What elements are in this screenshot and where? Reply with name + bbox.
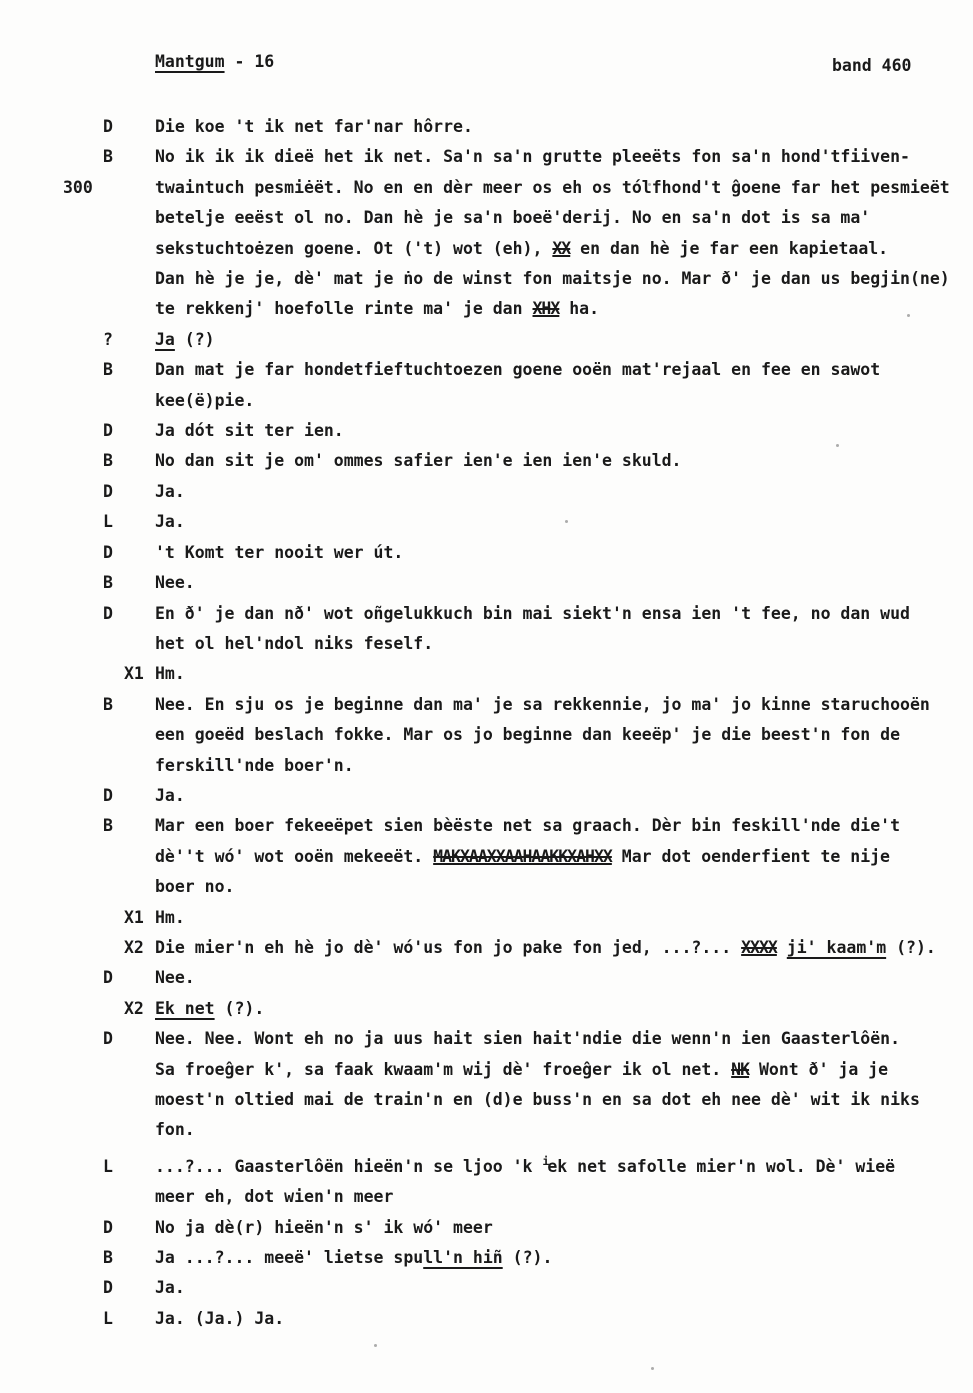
- line-text: Ja. (Ja.) Ja.: [155, 1304, 973, 1334]
- text-segment: ...?... Gaasterlôën hieën'n se ljoo 'k: [155, 1157, 542, 1176]
- transcript-line: X1Hm.: [0, 659, 973, 689]
- transcript-line: boer no.: [0, 872, 973, 902]
- document-title: Mantgum - 16: [155, 52, 274, 71]
- text-segment: En ð' je dan nð' wot oñgelukkuch bin mai…: [155, 604, 910, 623]
- transcript-line: BJa ...?... meeë' lietse spull'n hiñ (?)…: [0, 1243, 973, 1273]
- transcript-line: kee(ë)pie.: [0, 386, 973, 416]
- transcript-line: DDie koe 't ik net far'nar hôrre.: [0, 112, 973, 142]
- transcript-line: BNee. En sju os je beginne dan ma' je sa…: [0, 690, 973, 720]
- line-text: het ol hel'ndol niks feself.: [155, 629, 973, 659]
- transcript: DDie koe 't ik net far'nar hôrre.BNo ik …: [0, 112, 973, 1334]
- text-segment: boer no.: [155, 877, 234, 896]
- text-segment: ek net safolle mier'n wol. Dè' wieë: [547, 1157, 895, 1176]
- transcript-line: BNo ik ik ik dieë het ik net. Sa'n sa'n …: [0, 142, 973, 172]
- text-segment: sekstuchtoėzen goene. Ot ('t) wot (eh),: [155, 239, 552, 258]
- line-text: twaintuch pesmiėët. No en en dèr meer os…: [155, 173, 973, 203]
- margin-number: 300: [0, 173, 100, 203]
- speaker-label: D: [100, 112, 155, 142]
- struck-overtype-text: XHX: [533, 299, 560, 318]
- text-segment: Mar dot oenderfient te nije: [612, 847, 890, 866]
- text-segment: 't Komt ter nooit wer út.: [155, 543, 403, 562]
- speaker-label: B: [100, 142, 155, 172]
- text-segment: Die mier'n eh hè jo dè' wó'us fon jo pak…: [155, 938, 741, 957]
- line-text: No ja dè(r) hieën'n s' ik wó' meer: [155, 1213, 973, 1243]
- page-number: - 16: [225, 52, 275, 71]
- text-segment: Ja.: [155, 1278, 185, 1297]
- speaker-label: D: [100, 599, 155, 629]
- page-header: Mantgum - 16 band 460: [0, 52, 973, 78]
- underlined-text: ll'n hiñ: [423, 1248, 502, 1267]
- text-segment: Mar een boer fekeeëpet sien bèëste net s…: [155, 816, 900, 835]
- line-text: boer no.: [155, 872, 973, 902]
- speaker-label: D: [100, 963, 155, 993]
- speaker-label: D: [100, 781, 155, 811]
- transcript-line: DJa.: [0, 477, 973, 507]
- text-segment: Wont ð' ja je: [749, 1060, 888, 1079]
- text-segment: ha.: [559, 299, 599, 318]
- line-text: Ja.: [155, 477, 973, 507]
- transcript-line: te rekkenj' hoefolle rinte ma' je dan XH…: [0, 294, 973, 324]
- text-segment: meer eh, dot wien'n meer: [155, 1187, 393, 1206]
- text-segment: [777, 938, 787, 957]
- underlined-text: Ja: [155, 330, 175, 349]
- text-segment: fon.: [155, 1120, 195, 1139]
- text-segment: Nee. En sju os je beginne dan ma' je sa …: [155, 695, 930, 714]
- transcript-line: ?Ja (?): [0, 325, 973, 355]
- transcript-line: DNee.: [0, 963, 973, 993]
- location-label: Mantgum: [155, 52, 225, 71]
- text-segment: en dan hè je far een kapietaal.: [570, 239, 888, 258]
- transcript-line: DNo ja dè(r) hieën'n s' ik wó' meer: [0, 1213, 973, 1243]
- text-segment: ferskill'nde boer'n.: [155, 756, 354, 775]
- text-segment: Hm.: [155, 664, 185, 683]
- scan-speck: [907, 314, 910, 317]
- text-segment: Sa froeĝer k', sa faak kwaam'm wij dè' f…: [155, 1060, 731, 1079]
- transcript-line: BNee.: [0, 568, 973, 598]
- text-segment: Dan mat je far hondetfieftuchtoezen goen…: [155, 360, 880, 379]
- scan-speck: [565, 520, 568, 523]
- speaker-label: X1: [100, 903, 155, 933]
- line-text: Ja.: [155, 1273, 973, 1303]
- speaker-label: X1: [100, 659, 155, 689]
- line-text: Mar een boer fekeeëpet sien bèëste net s…: [155, 811, 973, 841]
- transcript-line: DEn ð' je dan nð' wot oñgelukkuch bin ma…: [0, 599, 973, 629]
- text-segment: (?).: [886, 938, 936, 957]
- line-text: Hm.: [155, 903, 973, 933]
- speaker-label: X2: [100, 933, 155, 963]
- transcript-line: fon.: [0, 1115, 973, 1145]
- speaker-label: D: [100, 477, 155, 507]
- speaker-label: B: [100, 690, 155, 720]
- transcript-line: X1Hm.: [0, 903, 973, 933]
- line-text: Ja (?): [155, 325, 973, 355]
- struck-overtype-text: NK: [731, 1060, 749, 1079]
- text-segment: Die koe 't ik net far'nar hôrre.: [155, 117, 473, 136]
- transcript-line: het ol hel'ndol niks feself.: [0, 629, 973, 659]
- transcript-line: Sa froeĝer k', sa faak kwaam'm wij dè' f…: [0, 1055, 973, 1085]
- line-text: moest'n oltied mai de train'n en (d)e bu…: [155, 1085, 973, 1115]
- speaker-label: D: [100, 538, 155, 568]
- transcript-line: D't Komt ter nooit wer út.: [0, 538, 973, 568]
- line-text: 't Komt ter nooit wer út.: [155, 538, 973, 568]
- transcript-line: BNo dan sit je om' ommes safier ien'e ie…: [0, 446, 973, 476]
- text-segment: een goeëd beslach fokke. Mar os jo begin…: [155, 725, 900, 744]
- speaker-label: B: [100, 446, 155, 476]
- text-segment: betelje eeëst ol no. Dan hè je sa'n boeë…: [155, 208, 870, 227]
- transcript-line: L...?... Gaasterlôën hieën'n se ljoo 'k …: [0, 1146, 973, 1182]
- struck-overtype-text: MAKXAAXXAAHAAKKXAHXX: [433, 847, 612, 866]
- scan-speck: [651, 1367, 654, 1370]
- text-segment: Hm.: [155, 908, 185, 927]
- transcript-line: DJa.: [0, 781, 973, 811]
- transcript-line: dè''t wó' wot ooën mekeeët. MAKXAAXXAAHA…: [0, 842, 973, 872]
- line-text: Hm.: [155, 659, 973, 689]
- text-segment: moest'n oltied mai de train'n en (d)e bu…: [155, 1090, 920, 1109]
- transcript-line: DJa dót sit ter ien.: [0, 416, 973, 446]
- speaker-label: B: [100, 568, 155, 598]
- text-segment: te rekkenj' hoefolle rinte ma' je dan: [155, 299, 533, 318]
- line-text: Nee. Nee. Wont eh no ja uus hait sien ha…: [155, 1024, 973, 1054]
- transcript-line: sekstuchtoėzen goene. Ot ('t) wot (eh), …: [0, 234, 973, 264]
- speaker-label: B: [100, 811, 155, 841]
- transcript-line: BMar een boer fekeeëpet sien bèëste net …: [0, 811, 973, 841]
- line-text: een goeëd beslach fokke. Mar os jo begin…: [155, 720, 973, 750]
- transcript-line: 300twaintuch pesmiėët. No en en dèr meer…: [0, 173, 973, 203]
- line-text: betelje eeëst ol no. Dan hè je sa'n boeë…: [155, 203, 973, 233]
- transcript-line: LJa.: [0, 507, 973, 537]
- text-segment: Ja.: [155, 482, 185, 501]
- line-text: No dan sit je om' ommes safier ien'e ien…: [155, 446, 973, 476]
- speaker-label: L: [100, 1152, 155, 1182]
- text-segment: het ol hel'ndol niks feself.: [155, 634, 433, 653]
- text-segment: twaintuch pesmiėët. No en en dèr meer os…: [155, 178, 950, 197]
- text-segment: No ja dè(r) hieën'n s' ik wó' meer: [155, 1218, 493, 1237]
- line-text: Die koe 't ik net far'nar hôrre.: [155, 112, 973, 142]
- text-segment: Ja. (Ja.) Ja.: [155, 1309, 284, 1328]
- line-text: En ð' je dan nð' wot oñgelukkuch bin mai…: [155, 599, 973, 629]
- scan-speck: [836, 444, 839, 447]
- line-text: No ik ik ik dieë het ik net. Sa'n sa'n g…: [155, 142, 973, 172]
- speaker-label: B: [100, 1243, 155, 1273]
- text-segment: Dan hè je je, dè' mat je ṅo de winst fon…: [155, 269, 950, 288]
- speaker-label: ?: [100, 325, 155, 355]
- line-text: Die mier'n eh hè jo dè' wó'us fon jo pak…: [155, 933, 973, 963]
- line-text: sekstuchtoėzen goene. Ot ('t) wot (eh), …: [155, 234, 973, 264]
- transcript-line: X2Ek net (?).: [0, 994, 973, 1024]
- underlined-text: Ek net: [155, 999, 215, 1018]
- transcript-line: LJa. (Ja.) Ja.: [0, 1304, 973, 1334]
- scanned-page: Mantgum - 16 band 460 DDie koe 't ik net…: [0, 0, 973, 1393]
- underlined-text: ji' kaam'm: [787, 938, 886, 957]
- text-segment: kee(ë)pie.: [155, 391, 254, 410]
- speaker-label: D: [100, 1024, 155, 1054]
- scan-speck: [648, 183, 651, 186]
- transcript-line: Dan hè je je, dè' mat je ṅo de winst fon…: [0, 264, 973, 294]
- band-label: band 460: [832, 56, 911, 75]
- speaker-label: B: [100, 355, 155, 385]
- transcript-line: meer eh, dot wien'n meer: [0, 1182, 973, 1212]
- transcript-line: BDan mat je far hondetfieftuchtoezen goe…: [0, 355, 973, 385]
- text-segment: Nee.: [155, 573, 195, 592]
- text-segment: (?).: [503, 1248, 553, 1267]
- line-text: Sa froeĝer k', sa faak kwaam'm wij dè' f…: [155, 1055, 973, 1085]
- speaker-label: L: [100, 507, 155, 537]
- speaker-label: D: [100, 416, 155, 446]
- line-text: ferskill'nde boer'n.: [155, 751, 973, 781]
- line-text: Nee. En sju os je beginne dan ma' je sa …: [155, 690, 973, 720]
- text-segment: Ja.: [155, 786, 185, 805]
- text-segment: Ja.: [155, 512, 185, 531]
- struck-overtype-text: XXXX: [741, 938, 777, 957]
- transcript-line: X2Die mier'n eh hè jo dè' wó'us fon jo p…: [0, 933, 973, 963]
- speaker-label: X2: [100, 994, 155, 1024]
- line-text: Ja ...?... meeë' lietse spull'n hiñ (?).: [155, 1243, 973, 1273]
- text-segment: No dan sit je om' ommes safier ien'e ien…: [155, 451, 682, 470]
- text-segment: Ja ...?... meeë' lietse spu: [155, 1248, 423, 1267]
- struck-overtype-text: XX: [552, 239, 570, 258]
- line-text: Ja.: [155, 507, 973, 537]
- line-text: ...?... Gaasterlôën hieën'n se ljoo 'k i…: [155, 1146, 973, 1182]
- transcript-line: betelje eeëst ol no. Dan hè je sa'n boeë…: [0, 203, 973, 233]
- text-segment: Nee.: [155, 968, 195, 987]
- line-text: Dan mat je far hondetfieftuchtoezen goen…: [155, 355, 973, 385]
- speaker-label: L: [100, 1304, 155, 1334]
- line-text: Nee.: [155, 568, 973, 598]
- line-text: te rekkenj' hoefolle rinte ma' je dan XH…: [155, 294, 973, 324]
- text-segment: (?): [175, 330, 215, 349]
- transcript-line: moest'n oltied mai de train'n en (d)e bu…: [0, 1085, 973, 1115]
- speaker-label: D: [100, 1273, 155, 1303]
- line-text: fon.: [155, 1115, 973, 1145]
- speaker-label: D: [100, 1213, 155, 1243]
- transcript-line: DNee. Nee. Wont eh no ja uus hait sien h…: [0, 1024, 973, 1054]
- line-text: Dan hè je je, dè' mat je ṅo de winst fon…: [155, 264, 973, 294]
- text-segment: No ik ik ik dieë het ik net. Sa'n sa'n g…: [155, 147, 910, 166]
- text-segment: Nee. Nee. Wont eh no ja uus hait sien ha…: [155, 1029, 900, 1048]
- text-segment: (?).: [215, 999, 265, 1018]
- line-text: Ek net (?).: [155, 994, 973, 1024]
- line-text: dè''t wó' wot ooën mekeeët. MAKXAAXXAAHA…: [155, 842, 973, 872]
- transcript-line: een goeëd beslach fokke. Mar os jo begin…: [0, 720, 973, 750]
- line-text: kee(ë)pie.: [155, 386, 973, 416]
- transcript-line: ferskill'nde boer'n.: [0, 751, 973, 781]
- line-text: Ja.: [155, 781, 973, 811]
- scan-speck: [374, 1344, 377, 1347]
- line-text: Nee.: [155, 963, 973, 993]
- text-segment: dè''t wó' wot ooën mekeeët.: [155, 847, 433, 866]
- text-segment: Ja dót sit ter ien.: [155, 421, 344, 440]
- transcript-line: DJa.: [0, 1273, 973, 1303]
- line-text: Ja dót sit ter ien.: [155, 416, 973, 446]
- line-text: meer eh, dot wien'n meer: [155, 1182, 973, 1212]
